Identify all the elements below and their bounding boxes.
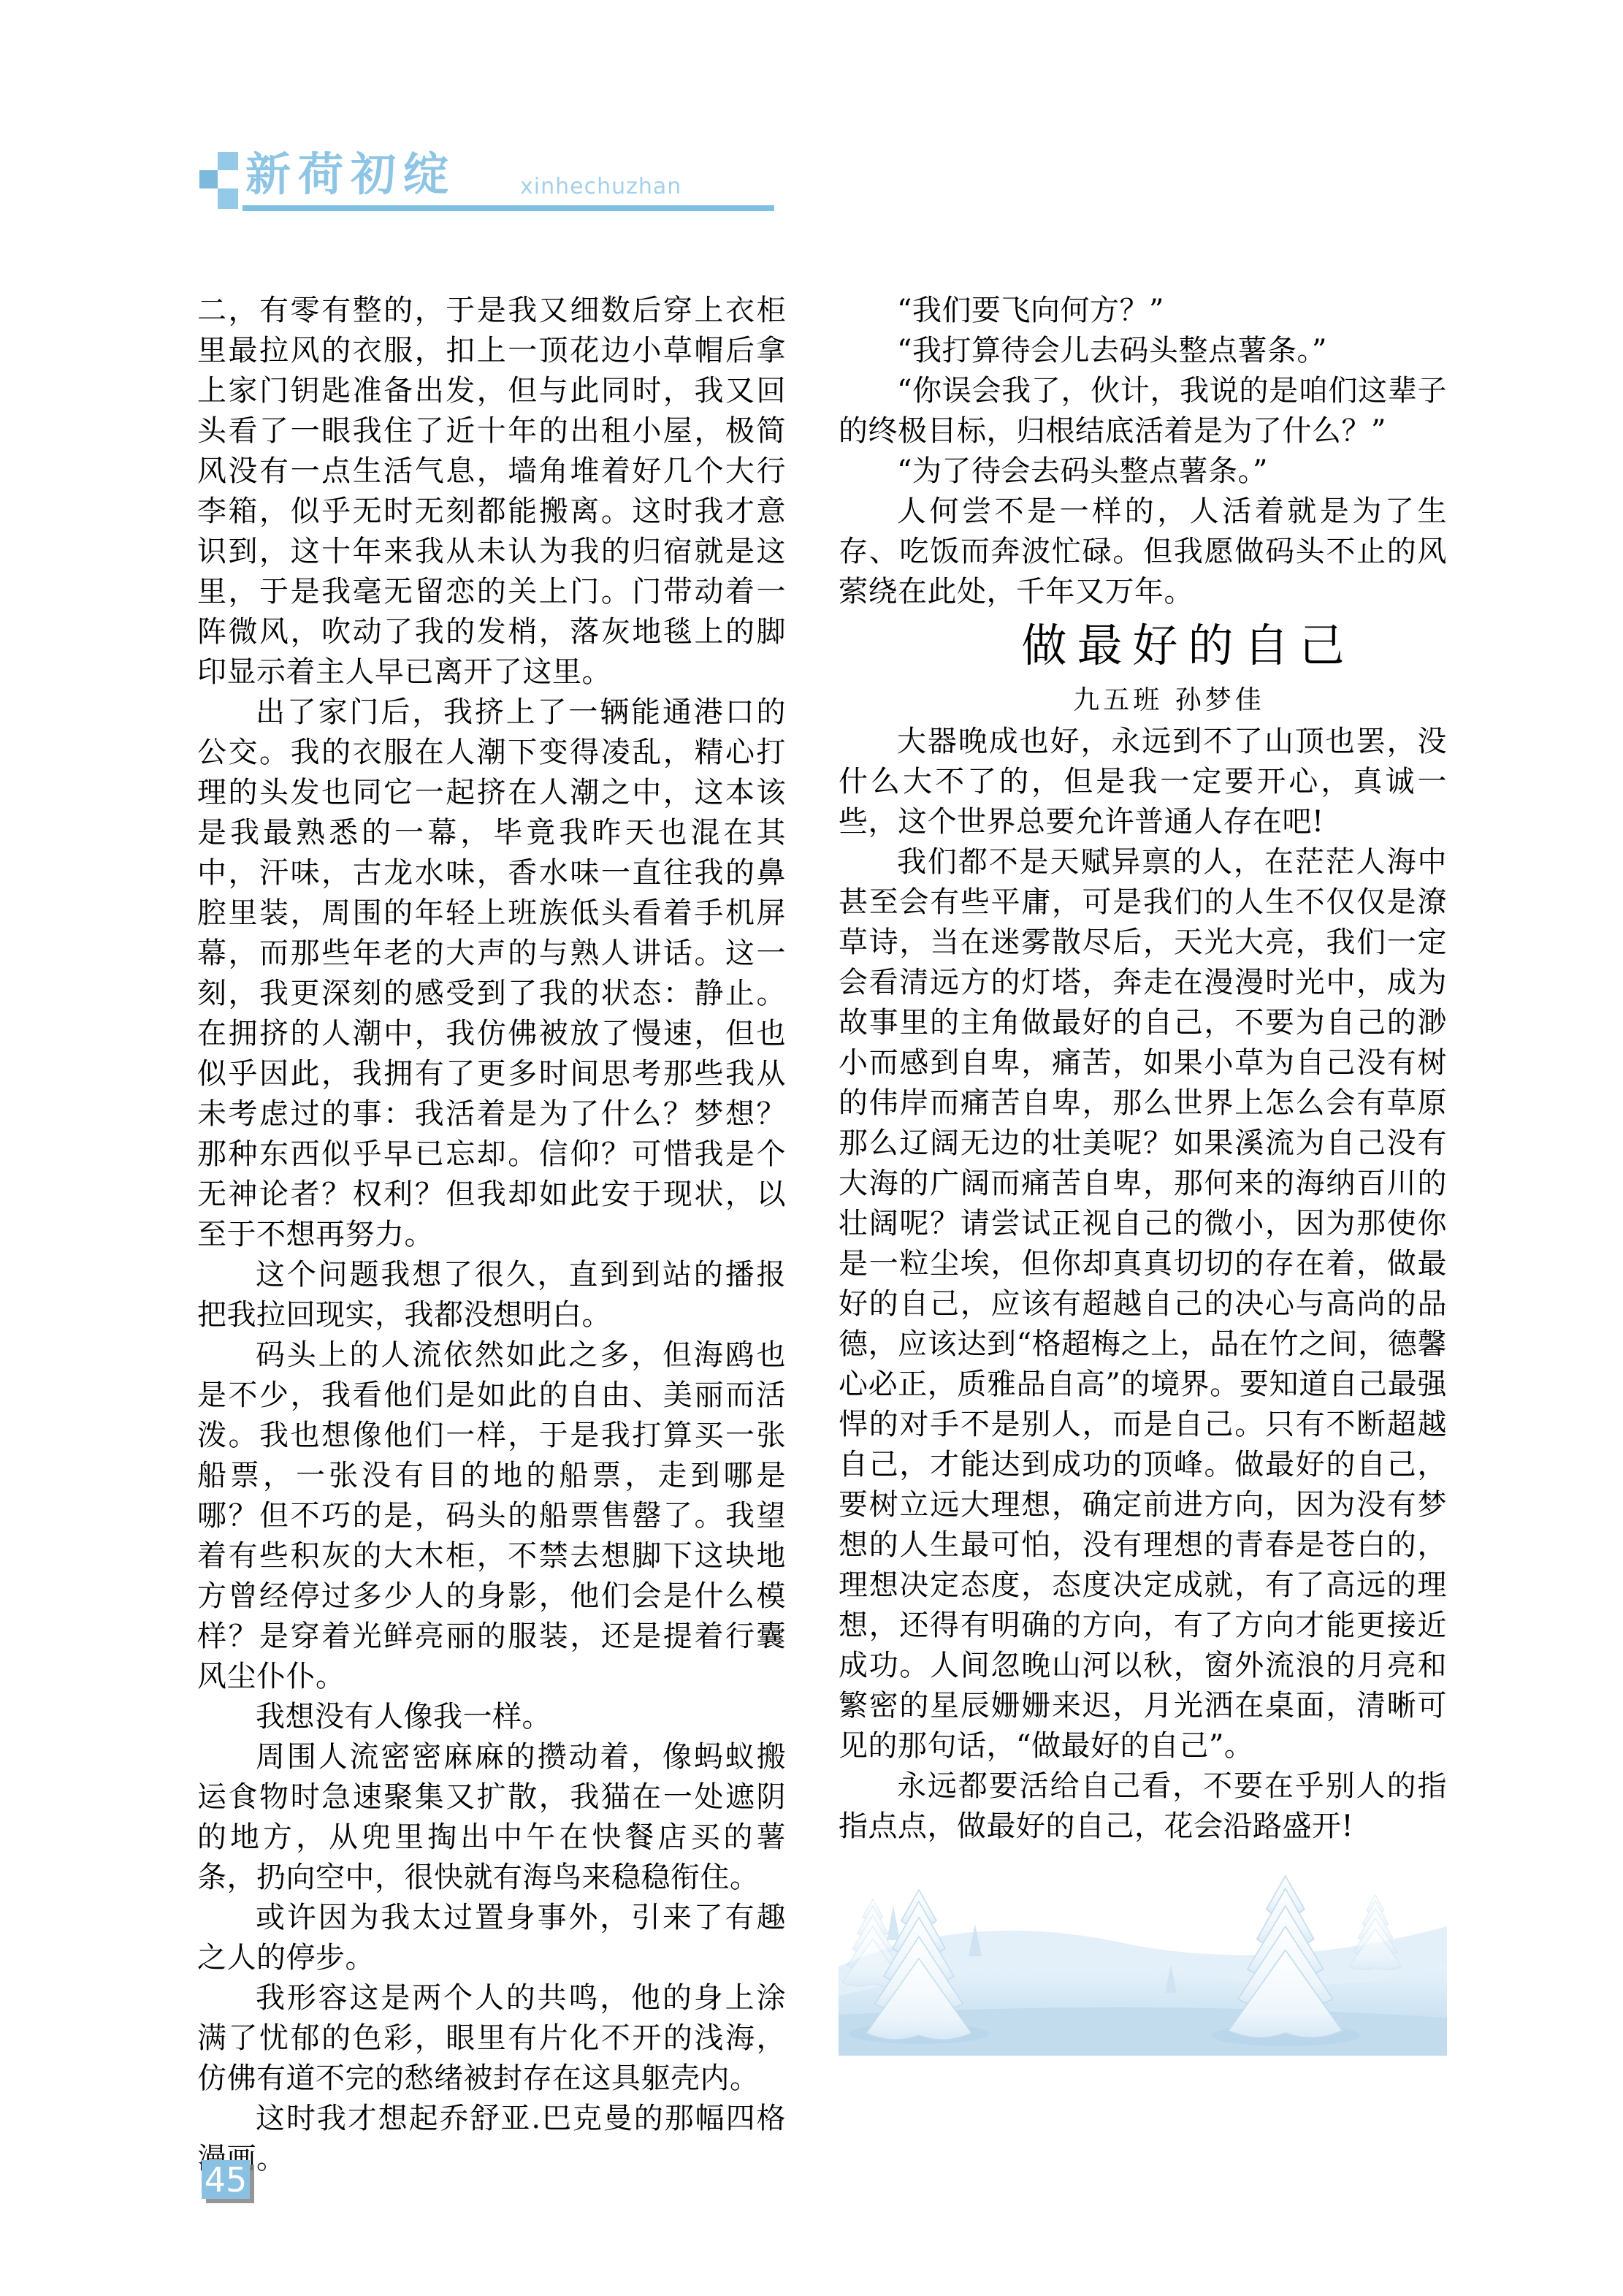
- magazine-page: 新荷初绽 xinhechuzhan 二，有零有整的，于是我又细数后穿上衣柜里最拉…: [0, 0, 1623, 2296]
- paragraph: 二，有零有整的，于是我又细数后穿上衣柜里最拉风的衣服，扣上一顶花边小草帽后拿上家…: [197, 291, 786, 693]
- dialogue-line: “你误会我了，伙计，我说的是咱们这辈子的终极目标，归根结底活着是为了什么？”: [839, 371, 1447, 451]
- dialogue-line: “我打算待会儿去码头整点薯条。”: [839, 331, 1447, 371]
- distant-tree: [887, 1905, 900, 1940]
- paragraph: 永远都要活给自己看，不要在乎别人的指指点点，做最好的自己，花会沿路盛开!: [839, 1766, 1447, 1847]
- paragraph: 这个问题我想了很久，直到到站的播报把我拉回现实，我都没想明白。: [197, 1255, 786, 1335]
- dialogue-line: “为了待会去码头整点薯条。”: [839, 451, 1447, 492]
- logo-checker-square: [218, 152, 238, 170]
- paragraph: 大器晚成也好，永远到不了山顶也罢，没什么大不了的，但是我一定要开心，真诚一些，这…: [839, 722, 1447, 842]
- winter-illustration: [839, 1857, 1447, 2056]
- paragraph: 我们都不是天赋异禀的人，在茫茫人海中甚至会有些平庸，可是我们的人生不仅仅是潦草诗…: [839, 842, 1447, 1766]
- page-number: 45: [202, 2160, 250, 2199]
- right-column: “我们要飞向何方？” “我打算待会儿去码头整点薯条。” “你误会我了，伙计，我说…: [839, 291, 1447, 2056]
- logo-checker-square: [199, 170, 218, 188]
- section-logo-pinyin: xinhechuzhan: [520, 174, 681, 199]
- logo-checker-icon: [199, 152, 240, 209]
- article-author: 九五班 孙梦佳: [839, 679, 1447, 722]
- paragraph: 码头上的人流依然如此之多，但海鸥也是不少，我看他们是如此的自由、美丽而活泼。我也…: [197, 1335, 786, 1697]
- paragraph: 这时我才想起乔舒亚.巴克曼的那幅四格漫画。: [197, 2099, 786, 2179]
- section-logo-title: 新荷初绽: [245, 143, 456, 206]
- header-rule: [243, 205, 774, 211]
- paragraph: 周围人流密密麻麻的攒动着，像蚂蚁搬运食物时急速聚集又扩散，我猫在一处遮阴的地方，…: [197, 1737, 786, 1898]
- article-title: 做最好的自己: [839, 612, 1447, 679]
- paragraph: 或许因为我太过置身事外，引来了有趣之人的停步。: [197, 1898, 786, 1978]
- snow-pine-small: [1349, 1895, 1402, 1969]
- dialogue-line: “我们要飞向何方？”: [839, 291, 1447, 331]
- paragraph: 我想没有人像我一样。: [197, 1697, 786, 1737]
- paragraph: 出了家门后，我挤上了一辆能通港口的公交。我的衣服在人潮下变得凌乱，精心打理的头发…: [197, 693, 786, 1255]
- logo-checker-square: [218, 188, 238, 209]
- left-column: 二，有零有整的，于是我又细数后穿上衣柜里最拉风的衣服，扣上一顶花边小草帽后拿上家…: [197, 291, 786, 2179]
- dialogue-line: 人何尝不是一样的，人活着就是为了生存、吃饭而奔波忙碌。但我愿做码头不止的风萦绕在…: [839, 492, 1447, 612]
- paragraph: 我形容这是两个人的共鸣，他的身上涂满了忧郁的色彩，眼里有片化不开的浅海，仿佛有道…: [197, 1978, 786, 2099]
